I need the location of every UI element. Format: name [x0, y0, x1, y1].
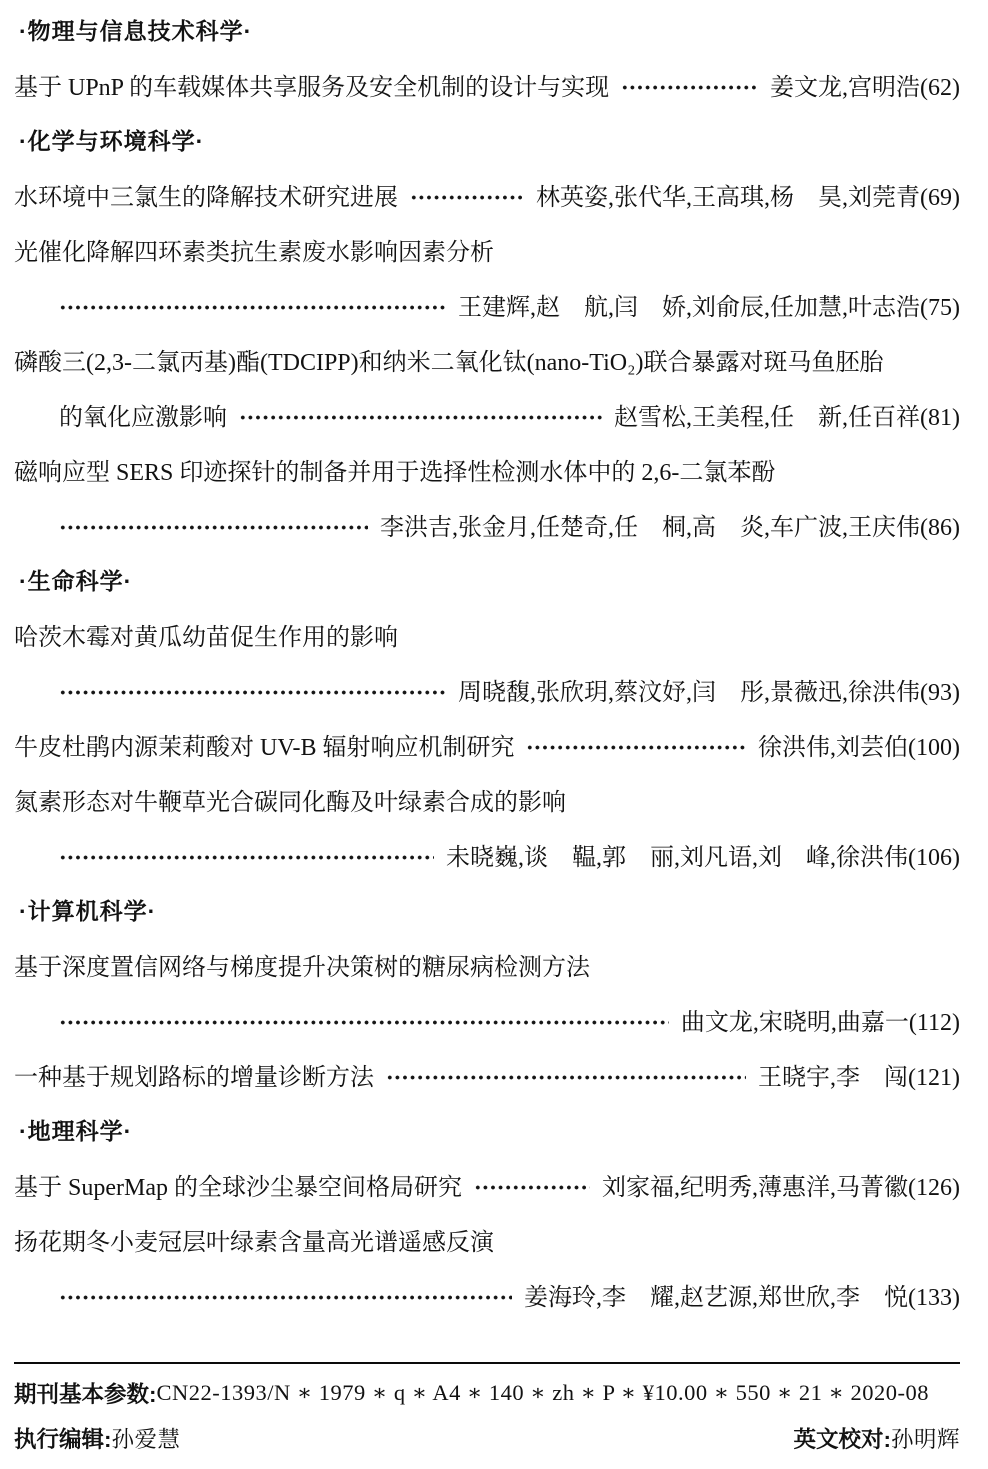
article-title: 磷酸三(2,3-二氯丙基)酯(TDCIPP)和纳米二氧化钛(nano-TiO₂)…	[14, 342, 883, 377]
article-authors: 未晓巍,谈 鞰,郭 丽,刘凡语,刘 峰,徐洪伟	[446, 845, 908, 871]
section-heading-label: ·地理科学·	[19, 1113, 132, 1146]
article-authors: 王建辉,赵 航,闫 娇,刘俞辰,任加慧,叶志浩	[458, 295, 920, 321]
entry-authors-page: 周晓馥,张欣玥,蔡汶妤,闫 彤,景薇迅,徐洪伟(93)	[458, 672, 960, 707]
toc-entry-title-line: 光催化降解四环素类抗生素废水影响因素分析	[14, 222, 960, 277]
article-title: 基于 UPnP 的车载媒体共享服务及安全机制的设计与实现	[14, 67, 609, 102]
article-authors: 王晓宇,李 闯	[758, 1065, 908, 1091]
article-authors: 林英姿,张代华,王高琪,杨 昊,刘莞青	[536, 185, 920, 211]
dot-leader	[239, 413, 602, 422]
toc-entry-continuation-line: 未晓巍,谈 鞰,郭 丽,刘凡语,刘 峰,徐洪伟(106)	[14, 827, 960, 882]
article-title: 扬花期冬小麦冠层叶绿素含量高光谱遥感反演	[14, 1222, 494, 1257]
article-title-continuation: 的氧化应激影响	[59, 397, 227, 432]
article-page-number: (81)	[920, 405, 960, 431]
toc-entry-continuation-line: 李洪吉,张金月,任楚奇,任 桐,高 炎,车广波,王庆伟(86)	[14, 497, 960, 552]
english-proofreader-name: 孙明辉	[891, 1422, 960, 1454]
dot-leader	[59, 1018, 669, 1027]
article-authors: 刘家福,纪明秀,薄惠洋,马菁徽	[602, 1175, 908, 1201]
article-page-number: (126)	[908, 1175, 960, 1201]
journal-params-label: 期刊基本参数:	[14, 1377, 157, 1409]
article-page-number: (106)	[908, 845, 960, 871]
toc-entry-continuation-line: 曲文龙,宋晓明,曲嘉一(112)	[14, 992, 960, 1047]
toc-entry-continuation-line: 姜海玲,李 耀,赵艺源,郑世欣,李 悦(133)	[14, 1267, 960, 1322]
journal-params-value: CN22-1393/N ∗ 1979 ∗ q ∗ A4 ∗ 140 ∗ zh ∗…	[157, 1380, 929, 1406]
section-heading-label: ·物理与信息技术科学·	[19, 13, 252, 46]
toc-entry-continuation-line: 王建辉,赵 航,闫 娇,刘俞辰,任加慧,叶志浩(75)	[14, 277, 960, 332]
article-title: 磁响应型 SERS 印迹探针的制备并用于选择性检测水体中的 2,6-二氯苯酚	[14, 452, 775, 487]
dot-leader	[526, 743, 746, 752]
article-page-number: (69)	[920, 185, 960, 211]
toc-entry: 牛皮杜鹃内源茉莉酸对 UV-B 辐射响应机制研究 徐洪伟,刘芸伯(100)	[14, 717, 960, 772]
entry-authors-page: 王建辉,赵 航,闫 娇,刘俞辰,任加慧,叶志浩(75)	[458, 287, 960, 322]
dot-leader	[410, 193, 524, 202]
entry-authors-page: 赵雪松,王美程,任 新,任百祥(81)	[614, 397, 960, 432]
entry-authors-page: 李洪吉,张金月,任楚奇,任 桐,高 炎,车广波,王庆伟(86)	[380, 507, 960, 542]
article-title: 水环境中三氯生的降解技术研究进展	[14, 177, 398, 212]
article-page-number: (75)	[920, 295, 960, 321]
article-authors: 徐洪伟,刘芸伯	[758, 735, 908, 761]
dot-leader	[386, 1073, 746, 1082]
toc-entry: 基于 SuperMap 的全球沙尘暴空间格局研究 刘家福,纪明秀,薄惠洋,马菁徽…	[14, 1157, 960, 1212]
toc-entry-title-line: 磁响应型 SERS 印迹探针的制备并用于选择性检测水体中的 2,6-二氯苯酚	[14, 442, 960, 497]
english-proofreader-label: 英文校对:	[793, 1422, 891, 1454]
article-page-number: (112)	[909, 1010, 960, 1036]
footer-editors-line: 执行编辑: 孙爱慧 英文校对: 孙明辉	[14, 1422, 960, 1454]
section-heading-chemistry-environment: ·化学与环境科学·	[14, 112, 960, 167]
toc-entry-title-line: 氮素形态对牛鞭草光合碳同化酶及叶绿素合成的影响	[14, 772, 960, 827]
toc-entry: 基于 UPnP 的车载媒体共享服务及安全机制的设计与实现 姜文龙,宫明浩(62)	[14, 57, 960, 112]
article-page-number: (86)	[920, 515, 960, 541]
section-heading-label: ·化学与环境科学·	[19, 123, 204, 156]
article-title: 氮素形态对牛鞭草光合碳同化酶及叶绿素合成的影响	[14, 782, 566, 817]
entry-authors-page: 刘家福,纪明秀,薄惠洋,马菁徽(126)	[602, 1167, 960, 1202]
entry-authors-page: 姜海玲,李 耀,赵艺源,郑世欣,李 悦(133)	[524, 1277, 960, 1312]
entry-authors-page: 曲文龙,宋晓明,曲嘉一(112)	[681, 1002, 960, 1037]
executive-editor-name: 孙爱慧	[112, 1422, 181, 1454]
dot-leader	[474, 1183, 590, 1192]
article-page-number: (133)	[908, 1285, 960, 1311]
article-page-number: (121)	[908, 1065, 960, 1091]
article-authors: 姜文龙,宫明浩	[770, 75, 920, 101]
article-page-number: (100)	[908, 735, 960, 761]
article-authors: 赵雪松,王美程,任 新,任百祥	[614, 405, 920, 431]
article-title: 一种基于规划路标的增量诊断方法	[14, 1057, 374, 1092]
dot-leader	[59, 853, 434, 862]
entry-authors-page: 徐洪伟,刘芸伯(100)	[758, 727, 960, 762]
footer-divider	[14, 1362, 960, 1364]
entry-authors-page: 林英姿,张代华,王高琪,杨 昊,刘莞青(69)	[536, 177, 960, 212]
journal-params-line: 期刊基本参数: CN22-1393/N ∗ 1979 ∗ q ∗ A4 ∗ 14…	[14, 1377, 960, 1409]
article-page-number: (93)	[920, 680, 960, 706]
section-heading-label: ·生命科学·	[19, 563, 132, 596]
article-page-number: (62)	[920, 75, 960, 101]
toc-entry-title-line: 哈茨木霉对黄瓜幼苗促生作用的影响	[14, 607, 960, 662]
article-authors: 曲文龙,宋晓明,曲嘉一	[681, 1010, 909, 1036]
toc-entry-continuation-line: 周晓馥,张欣玥,蔡汶妤,闫 彤,景薇迅,徐洪伟(93)	[14, 662, 960, 717]
entry-authors-page: 王晓宇,李 闯(121)	[758, 1057, 960, 1092]
section-heading-computer-science: ·计算机科学·	[14, 882, 960, 937]
toc-entry-title-line: 基于深度置信网络与梯度提升决策树的糖尿病检测方法	[14, 937, 960, 992]
dot-leader	[59, 303, 446, 312]
article-title: 哈茨木霉对黄瓜幼苗促生作用的影响	[14, 617, 398, 652]
toc-entry-title-line: 磷酸三(2,3-二氯丙基)酯(TDCIPP)和纳米二氧化钛(nano-TiO₂)…	[14, 332, 960, 387]
english-proofreader-group: 英文校对: 孙明辉	[793, 1422, 960, 1454]
dot-leader	[59, 688, 446, 697]
toc-entry: 水环境中三氯生的降解技术研究进展 林英姿,张代华,王高琪,杨 昊,刘莞青(69)	[14, 167, 960, 222]
toc-entry-continuation-line: 的氧化应激影响 赵雪松,王美程,任 新,任百祥(81)	[14, 387, 960, 442]
entry-authors-page: 姜文龙,宫明浩(62)	[770, 67, 960, 102]
dot-leader	[59, 523, 368, 532]
toc-entry-title-line: 扬花期冬小麦冠层叶绿素含量高光谱遥感反演	[14, 1212, 960, 1267]
article-authors: 李洪吉,张金月,任楚奇,任 桐,高 炎,车广波,王庆伟	[380, 515, 920, 541]
article-title: 光催化降解四环素类抗生素废水影响因素分析	[14, 232, 494, 267]
toc-page: ·物理与信息技术科学· 基于 UPnP 的车载媒体共享服务及安全机制的设计与实现…	[0, 0, 988, 1469]
section-heading-life-science: ·生命科学·	[14, 552, 960, 607]
section-heading-geography: ·地理科学·	[14, 1102, 960, 1157]
toc-entry: 一种基于规划路标的增量诊断方法 王晓宇,李 闯(121)	[14, 1047, 960, 1102]
article-authors: 姜海玲,李 耀,赵艺源,郑世欣,李 悦	[524, 1285, 908, 1311]
article-title: 基于深度置信网络与梯度提升决策树的糖尿病检测方法	[14, 947, 590, 982]
entry-authors-page: 未晓巍,谈 鞰,郭 丽,刘凡语,刘 峰,徐洪伟(106)	[446, 837, 960, 872]
section-heading-label: ·计算机科学·	[19, 893, 156, 926]
executive-editor-label: 执行编辑:	[14, 1422, 112, 1454]
dot-leader	[621, 83, 758, 92]
article-authors: 周晓馥,张欣玥,蔡汶妤,闫 彤,景薇迅,徐洪伟	[458, 680, 920, 706]
article-title: 基于 SuperMap 的全球沙尘暴空间格局研究	[14, 1167, 462, 1202]
section-heading-physics-it: ·物理与信息技术科学·	[14, 2, 960, 57]
dot-leader	[59, 1293, 512, 1302]
article-title: 牛皮杜鹃内源茉莉酸对 UV-B 辐射响应机制研究	[14, 727, 514, 762]
executive-editor-group: 执行编辑: 孙爱慧	[14, 1422, 181, 1454]
